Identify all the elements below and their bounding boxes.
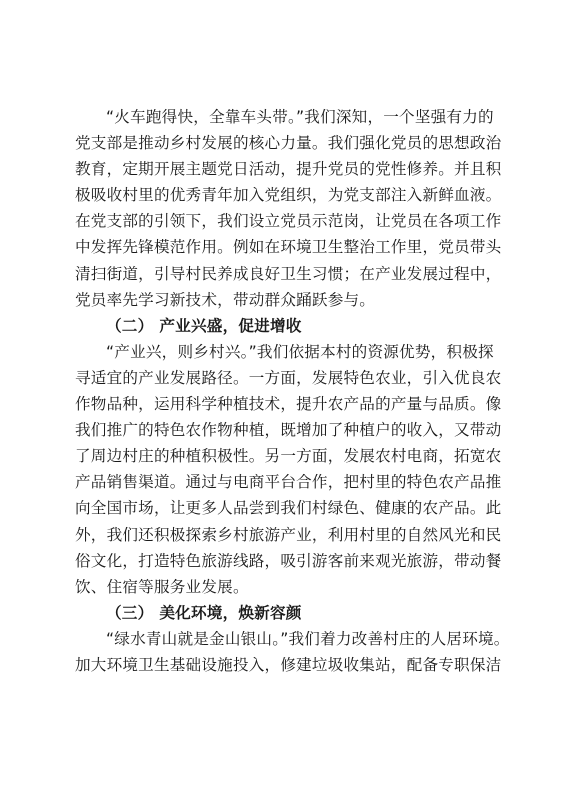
paragraph-line: 极吸收村里的优秀青年加入党组织，为党支部注入新鲜血液。 <box>75 182 495 208</box>
paragraph-line: 寻适宜的产业发展路径。一方面，发展特色农业，引入优良农 <box>75 365 495 391</box>
heading-text: 美化环境，焕新容颜 <box>159 604 301 622</box>
paragraph-line: “绿水青山就是金山银山。”我们着力改善村庄的人居环境。 <box>75 626 495 652</box>
paragraph-line: “火车跑得快，全靠车头带。”我们深知，一个坚强有力的 <box>75 104 495 130</box>
paragraph-line: 党支部是推动乡村发展的核心力量。我们强化党员的思想政治 <box>75 130 495 156</box>
paragraph-line: 在党支部的引领下，我们设立党员示范岗，让党员在各项工作 <box>75 208 495 234</box>
paragraph-line: 向全国市场，让更多人品尝到我们村绿色、健康的农产品。此 <box>75 495 495 521</box>
heading-number: （三） <box>106 604 153 622</box>
paragraph-line: 加大环境卫生基础设施投入，修建垃圾收集站，配备专职保洁 <box>75 652 495 678</box>
heading-number: （二） <box>106 317 153 335</box>
paragraph-line: 清扫街道，引导村民养成良好卫生习惯；在产业发展过程中， <box>75 261 495 287</box>
paragraph-line: 党员率先学习新技术，带动群众踊跃参与。 <box>75 287 495 313</box>
section-industry: （二）产业兴盛，促进增收 “产业兴，则乡村兴。”我们依据本村的资源优势，积极探 … <box>75 313 495 600</box>
heading-text: 产业兴盛，促进增收 <box>159 317 301 335</box>
paragraph-line: 了周边村庄的种植积极性。另一方面，发展农村电商，拓宽农 <box>75 443 495 469</box>
paragraph-line: 产品销售渠道。通过与电商平台合作，把村里的特色农产品推 <box>75 469 495 495</box>
paragraph-line: 俗文化，打造特色旅游线路，吸引游客前来观光旅游，带动餐 <box>75 548 495 574</box>
section-environment: （三）美化环境，焕新容颜 “绿水青山就是金山银山。”我们着力改善村庄的人居环境。… <box>75 600 495 678</box>
document-page: “火车跑得快，全靠车头带。”我们深知，一个坚强有力的 党支部是推动乡村发展的核心… <box>75 104 495 678</box>
paragraph-line: 外，我们还积极探索乡村旅游产业，利用村里的自然风光和民 <box>75 522 495 548</box>
section-party-branch: “火车跑得快，全靠车头带。”我们深知，一个坚强有力的 党支部是推动乡村发展的核心… <box>75 104 495 313</box>
section-heading: （三）美化环境，焕新容颜 <box>75 600 495 626</box>
paragraph-line: 教育，定期开展主题党日活动，提升党员的党性修养。并且积 <box>75 156 495 182</box>
paragraph-line: 我们推广的特色农作物种植，既增加了种植户的收入，又带动 <box>75 417 495 443</box>
paragraph-line: “产业兴，则乡村兴。”我们依据本村的资源优势，积极探 <box>75 339 495 365</box>
paragraph-line: 饮、住宿等服务业发展。 <box>75 574 495 600</box>
paragraph-line: 中发挥先锋模范作用。例如在环境卫生整治工作里，党员带头 <box>75 234 495 260</box>
section-heading: （二）产业兴盛，促进增收 <box>75 313 495 339</box>
paragraph-line: 作物品种，运用科学种植技术，提升农产品的产量与品质。像 <box>75 391 495 417</box>
